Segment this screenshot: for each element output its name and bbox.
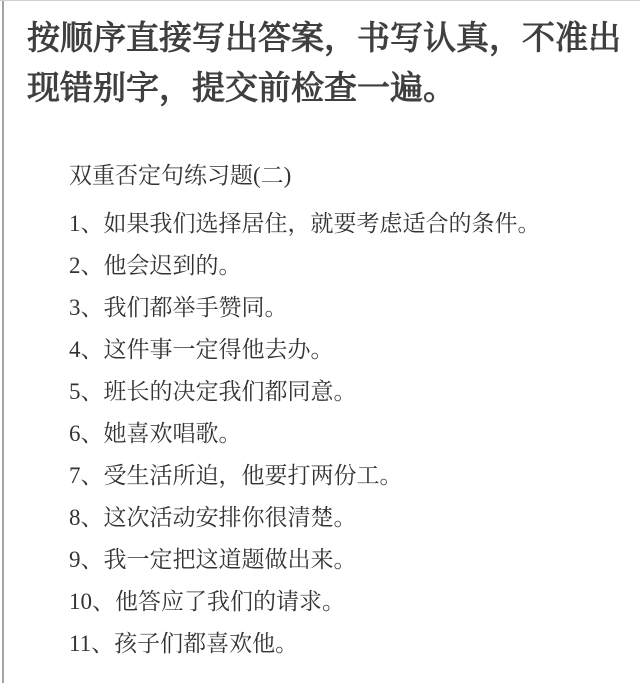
document-page: 按顺序直接写出答案，书写认真，不准出 现错别字，提交前检查一遍。 双重否定句练习… (0, 0, 640, 683)
instruction-line-2: 现错别字，提交前检查一遍。 (27, 63, 627, 113)
instruction-banner: 按顺序直接写出答案，书写认真，不准出 现错别字，提交前检查一遍。 (27, 13, 627, 113)
worksheet-title: 双重否定句练习题(二) (69, 155, 624, 197)
exercise-item-10: 10、他答应了我们的请求。 (69, 581, 624, 623)
left-edge-divider (2, 1, 4, 683)
exercise-item-2: 2、他会迟到的。 (69, 245, 624, 287)
exercise-item-8: 8、这次活动安排你很清楚。 (69, 497, 624, 539)
exercise-item-6: 6、她喜欢唱歌。 (69, 413, 624, 455)
exercise-item-1: 1、如果我们选择居住，就要考虑适合的条件。 (69, 203, 624, 245)
worksheet-body: 双重否定句练习题(二) 1、如果我们选择居住，就要考虑适合的条件。 2、他会迟到… (69, 155, 624, 665)
instruction-line-1: 按顺序直接写出答案，书写认真，不准出 (27, 13, 627, 63)
exercise-item-9: 9、我一定把这道题做出来。 (69, 539, 624, 581)
exercise-item-5: 5、班长的决定我们都同意。 (69, 371, 624, 413)
exercise-item-7: 7、受生活所迫，他要打两份工。 (69, 455, 624, 497)
exercise-item-11: 11、孩子们都喜欢他。 (69, 623, 624, 665)
exercise-item-3: 3、我们都举手赞同。 (69, 287, 624, 329)
exercise-item-4: 4、这件事一定得他去办。 (69, 329, 624, 371)
